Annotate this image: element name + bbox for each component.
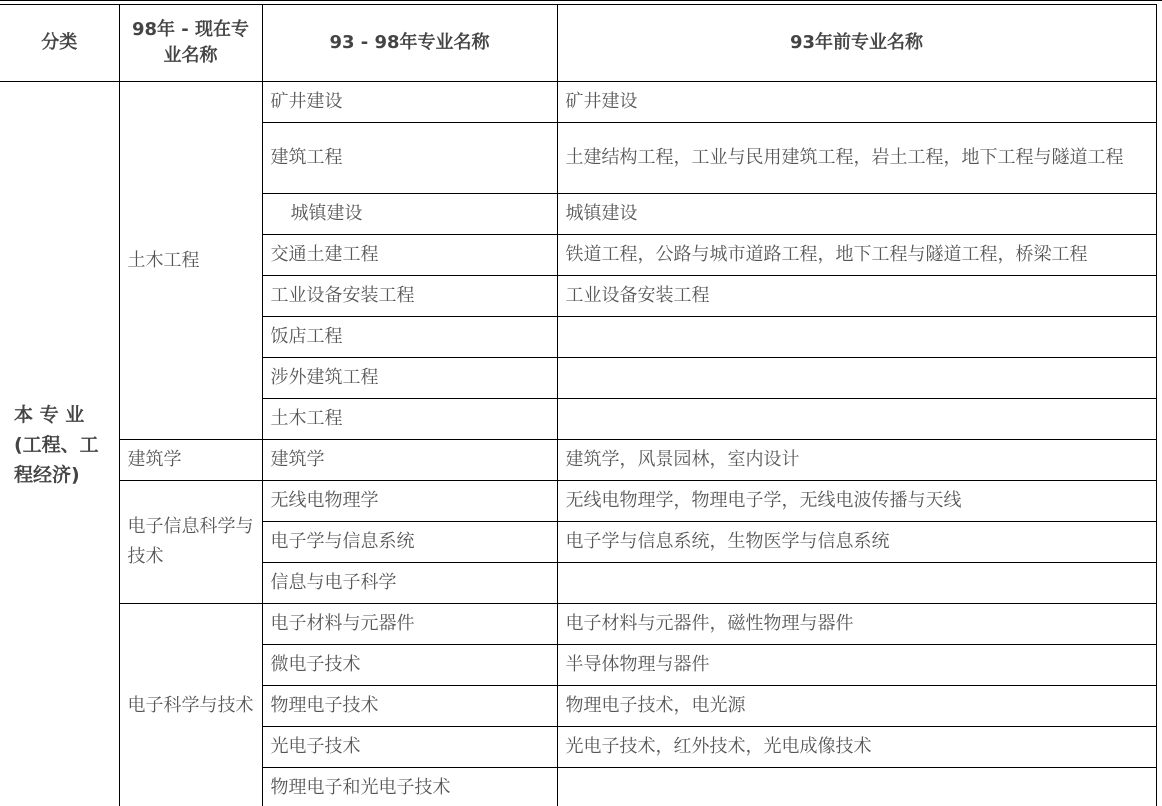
name-93-98-cell: 建筑工程 — [262, 123, 557, 194]
name-pre-93-cell: 土建结构工程，工业与民用建筑工程，岩土工程，地下工程与隧道工程 — [557, 123, 1156, 194]
name-93-98-cell: 工业设备安装工程 — [262, 276, 557, 317]
name-93-98-cell: 光电子技术 — [262, 727, 557, 768]
name-pre-93-cell — [557, 399, 1156, 440]
current-name-cell: 土木工程 — [119, 82, 262, 440]
name-pre-93-cell — [557, 317, 1156, 358]
name-pre-93-cell — [557, 358, 1156, 399]
name-pre-93-cell: 建筑学，风景园林，室内设计 — [557, 440, 1156, 481]
current-name-cell: 电子科学与技术 — [119, 604, 262, 806]
name-93-98-cell: 物理电子技术 — [262, 686, 557, 727]
major-name-mapping-table: 分类 98年 - 现在专业名称 93 - 98年专业名称 93年前专业名称 本 … — [0, 4, 1157, 806]
name-93-98-cell: 微电子技术 — [262, 645, 557, 686]
header-current-name: 98年 - 现在专业名称 — [119, 5, 262, 82]
name-93-98-cell: 电子材料与元器件 — [262, 604, 557, 645]
name-pre-93-cell: 铁道工程，公路与城市道路工程，地下工程与隧道工程，桥梁工程 — [557, 235, 1156, 276]
current-name-cell: 建筑学 — [119, 440, 262, 481]
name-pre-93-cell: 无线电物理学，物理电子学，无线电波传播与天线 — [557, 481, 1156, 522]
name-93-98-cell: 信息与电子科学 — [262, 563, 557, 604]
name-pre-93-cell: 光电子技术，红外技术，光电成像技术 — [557, 727, 1156, 768]
name-93-98-cell: 电子学与信息系统 — [262, 522, 557, 563]
header-name-93-98: 93 - 98年专业名称 — [262, 5, 557, 82]
category-cell: 本 专 业 (工程、工程经济) — [0, 82, 119, 806]
name-pre-93-cell: 城镇建设 — [557, 194, 1156, 235]
name-93-98-cell: 城镇建设 — [262, 194, 557, 235]
current-name-cell: 电子信息科学与技术 — [119, 481, 262, 604]
name-93-98-cell: 矿井建设 — [262, 82, 557, 123]
name-93-98-cell: 土木工程 — [262, 399, 557, 440]
name-pre-93-cell: 物理电子技术，电光源 — [557, 686, 1156, 727]
name-93-98-cell: 涉外建筑工程 — [262, 358, 557, 399]
name-93-98-cell: 物理电子和光电子技术 — [262, 768, 557, 806]
name-pre-93-cell: 矿井建设 — [557, 82, 1156, 123]
name-pre-93-cell: 电子学与信息系统，生物医学与信息系统 — [557, 522, 1156, 563]
table-frame: 分类 98年 - 现在专业名称 93 - 98年专业名称 93年前专业名称 本 … — [0, 0, 1162, 806]
name-pre-93-cell: 半导体物理与器件 — [557, 645, 1156, 686]
name-pre-93-cell: 电子材料与元器件，磁性物理与器件 — [557, 604, 1156, 645]
name-pre-93-cell — [557, 768, 1156, 806]
header-category: 分类 — [0, 5, 119, 82]
name-93-98-cell: 交通土建工程 — [262, 235, 557, 276]
table-row: 建筑学 建筑学 建筑学，风景园林，室内设计 — [0, 440, 1156, 481]
table-header-row: 分类 98年 - 现在专业名称 93 - 98年专业名称 93年前专业名称 — [0, 5, 1156, 82]
table-row: 电子信息科学与技术 无线电物理学 无线电物理学，物理电子学，无线电波传播与天线 — [0, 481, 1156, 522]
table-row: 本 专 业 (工程、工程经济) 土木工程 矿井建设 矿井建设 — [0, 82, 1156, 123]
header-name-pre-93: 93年前专业名称 — [557, 5, 1156, 82]
name-pre-93-cell: 工业设备安装工程 — [557, 276, 1156, 317]
table-row: 电子科学与技术 电子材料与元器件 电子材料与元器件，磁性物理与器件 — [0, 604, 1156, 645]
name-pre-93-cell — [557, 563, 1156, 604]
name-93-98-cell: 饭店工程 — [262, 317, 557, 358]
name-93-98-cell: 建筑学 — [262, 440, 557, 481]
name-93-98-cell: 无线电物理学 — [262, 481, 557, 522]
